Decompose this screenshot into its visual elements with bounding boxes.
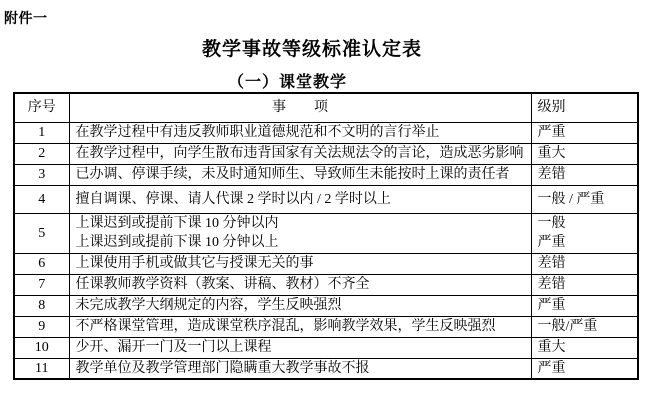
cell-item: 任课教师教学资料（教案、讲稿、教材）不齐全 xyxy=(69,274,531,295)
table-row: 6 上课使用手机或做其它与授课无关的事 差错 xyxy=(14,253,638,274)
table-row: 11 教学单位及教学管理部门隐瞒重大教学事故不报 严重 xyxy=(14,358,638,379)
document-page: { "doc": { "attachment_label": "附件一", "t… xyxy=(0,0,645,400)
cell-level: 严重 xyxy=(531,358,638,379)
cell-item: 少开、漏开一门及一门以上课程 xyxy=(69,337,531,358)
cell-item: 已办调、停课手续，未及时通知师生、导致师生未能按时上课的责任者 xyxy=(69,164,531,185)
col-header-no: 序号 xyxy=(14,93,69,122)
table-row: 7 任课教师教学资料（教案、讲稿、教材）不齐全 差错 xyxy=(14,274,638,295)
cell-level: 一般 / 严重 xyxy=(531,185,638,213)
table-header-row: 序号 事 项 级别 xyxy=(14,93,638,122)
table-row: 9 不严格课堂管理，造成课堂秩序混乱，影响教学效果，学生反映强烈 一般/严重 xyxy=(14,316,638,337)
table-row: 1 在教学过程中有违反教师职业道德规范和不文明的言行举止 严重 xyxy=(14,122,638,143)
cell-no: 8 xyxy=(14,295,69,316)
cell-no: 10 xyxy=(14,337,69,358)
cell-level: 重大 xyxy=(531,337,638,358)
section-title: （一）课堂教学 xyxy=(228,69,347,92)
accident-standard-table: 序号 事 项 级别 1 在教学过程中有违反教师职业道德规范和不文明的言行举止 严… xyxy=(13,92,639,380)
cell-no: 4 xyxy=(14,185,69,213)
page-title: 教学事故等级标准认定表 xyxy=(0,34,624,61)
cell-level: 严重 xyxy=(531,295,638,316)
cell-no: 3 xyxy=(14,164,69,185)
cell-level: 严重 xyxy=(531,122,638,143)
table-row: 4 擅自调课、停课、请人代课 2 学时以内 / 2 学时以上 一般 / 严重 xyxy=(14,185,638,213)
cell-item: 上课迟到或提前下课 10 分钟以内 上课迟到或提前下课 10 分钟以上 xyxy=(69,213,531,253)
cell-no: 7 xyxy=(14,274,69,295)
table-row: 5 上课迟到或提前下课 10 分钟以内 上课迟到或提前下课 10 分钟以上 一般… xyxy=(14,213,638,253)
cell-level: 一般 严重 xyxy=(531,213,638,253)
cell-item: 在教学过程中有违反教师职业道德规范和不文明的言行举止 xyxy=(69,122,531,143)
cell-item: 擅自调课、停课、请人代课 2 学时以内 / 2 学时以上 xyxy=(69,185,531,213)
cell-no: 11 xyxy=(14,358,69,379)
col-header-level: 级别 xyxy=(531,93,638,122)
cell-no: 2 xyxy=(14,143,69,164)
cell-item: 未完成教学大纲规定的内容，学生反映强烈 xyxy=(69,295,531,316)
cell-level: 差错 xyxy=(531,164,638,185)
cell-level: 差错 xyxy=(531,253,638,274)
cell-level: 差错 xyxy=(531,274,638,295)
table-row: 3 已办调、停课手续，未及时通知师生、导致师生未能按时上课的责任者 差错 xyxy=(14,164,638,185)
cell-item: 在教学过程中，向学生散布违背国家有关法规法令的言论，造成恶劣影响 xyxy=(69,143,531,164)
cell-item: 不严格课堂管理，造成课堂秩序混乱，影响教学效果，学生反映强烈 xyxy=(69,316,531,337)
table-row: 8 未完成教学大纲规定的内容，学生反映强烈 严重 xyxy=(14,295,638,316)
cell-level: 一般/严重 xyxy=(531,316,638,337)
attachment-label: 附件一 xyxy=(4,8,48,28)
table-row: 10 少开、漏开一门及一门以上课程 重大 xyxy=(14,337,638,358)
col-header-item: 事 项 xyxy=(69,93,531,122)
cell-item: 教学单位及教学管理部门隐瞒重大教学事故不报 xyxy=(69,358,531,379)
cell-no: 6 xyxy=(14,253,69,274)
table-row: 2 在教学过程中，向学生散布违背国家有关法规法令的言论，造成恶劣影响 重大 xyxy=(14,143,638,164)
cell-no: 1 xyxy=(14,122,69,143)
cell-no: 9 xyxy=(14,316,69,337)
cell-item: 上课使用手机或做其它与授课无关的事 xyxy=(69,253,531,274)
cell-no: 5 xyxy=(14,213,69,253)
cell-level: 重大 xyxy=(531,143,638,164)
